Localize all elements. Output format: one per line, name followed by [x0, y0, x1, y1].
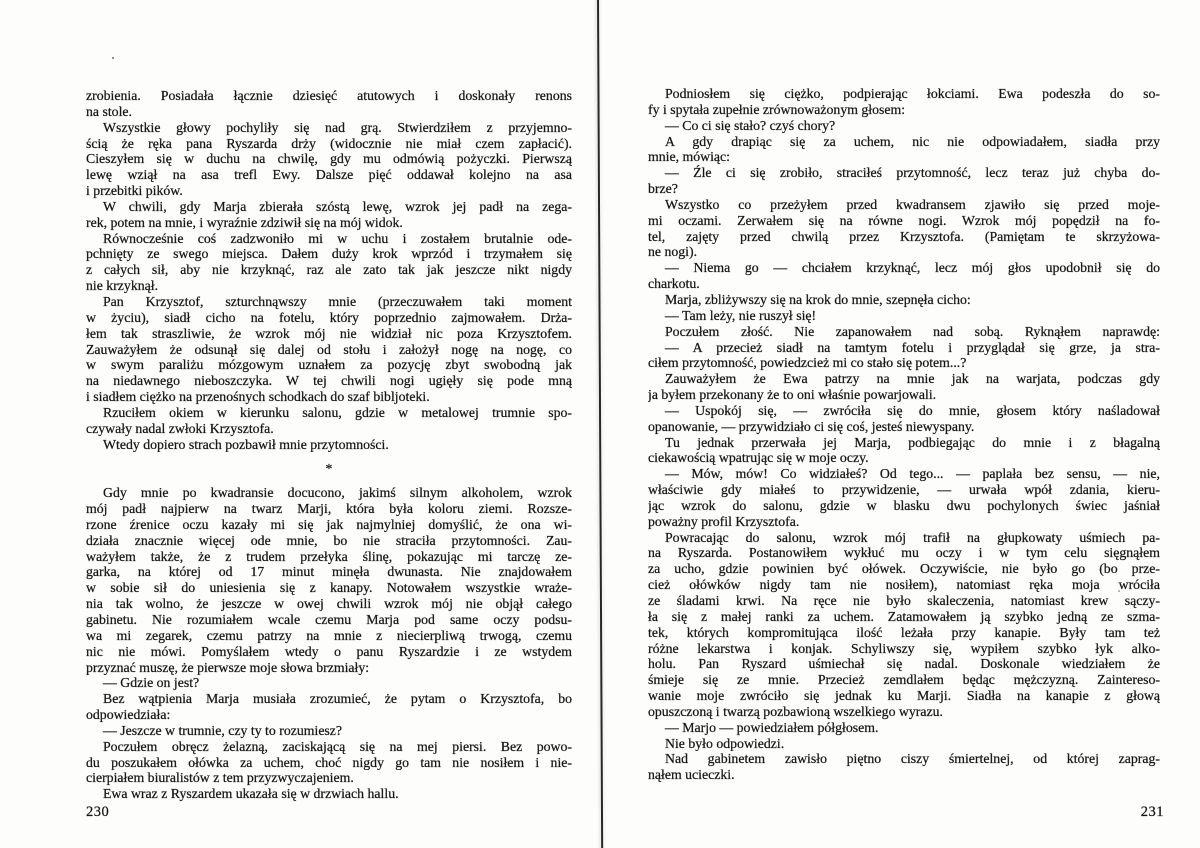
- text-line: jąc wzrok do salonu, gdzie w blasku dwu …: [648, 498, 1160, 514]
- text-line: Powracając do salonu, wzrok mój trafił n…: [648, 530, 1160, 546]
- text-line: A gdy drapiąc się za uchem, nic nie odpo…: [648, 134, 1160, 150]
- text-line: Cieszyłem się w duchu na chwilę, gdy mu …: [86, 151, 572, 167]
- text-line: cież ołówków nigdy tam nie nosiłem), nat…: [648, 577, 1160, 593]
- text-line: Poczułem obręcz żelazną, zaciskającą się…: [86, 739, 572, 755]
- text-line: i przebitki pików.: [86, 183, 572, 199]
- text-line: Gdy mnie po kwadransie docucono, jakimś …: [86, 485, 572, 501]
- text-line: tel, zajęty przed chwilą przez Krzysztof…: [648, 229, 1160, 245]
- text-line: zrobienia. Posiadała łącznie dziesięć at…: [86, 88, 572, 104]
- text-line: Marja, zbliżywszy się na krok do mnie, s…: [648, 292, 1160, 308]
- text-line: opanowanie, — przywidziało ci się coś, j…: [648, 419, 1160, 435]
- text-line: w życiu), siadł cicho na fotelu, który p…: [86, 310, 572, 326]
- text-line: w sobie sił do uniesienia się z kanapy. …: [86, 580, 572, 596]
- text-line: na Ryszarda. Postanowiłem wykłuć mu oczy…: [648, 545, 1160, 561]
- text-line: na stole.: [86, 104, 572, 120]
- text-line: — Źle ci się zrobiło, straciłeś przytomn…: [648, 165, 1160, 181]
- text-line: tek, których kompromitująca ilość leżała…: [648, 625, 1160, 641]
- text-line: nia tak wolno, że jeszcze w owej chwili …: [86, 596, 572, 612]
- scan-speck: [112, 57, 114, 59]
- text-line: Wszystkie głowy pochyliły się nad grą. S…: [86, 120, 572, 136]
- text-line: ścią że ręka pana Ryszarda drży (widoczn…: [86, 136, 572, 152]
- text-line: ła się z małej ranki za uchem. Zatamował…: [648, 609, 1160, 625]
- text-line: Zauważyłem że Ewa patrzy na mnie jak na …: [648, 371, 1160, 387]
- text-line: brze?: [648, 181, 1160, 197]
- text-line: przyznać muszę, że pierwsze moje słowa b…: [86, 660, 572, 676]
- text-line: gabinetu. Nie rozumiałem wcale czemu Mar…: [86, 612, 572, 628]
- text-line: łem tak straszliwie, że wzrok mój nie wi…: [86, 326, 572, 342]
- text-line: mnie, mówiąc:: [648, 149, 1160, 165]
- text-line: ze śladami krwi. Na ręce nie było skalec…: [648, 593, 1160, 609]
- line-gap: [86, 452, 572, 461]
- text-line: za ucho, gdzie powinien być ołówek. Oczy…: [648, 561, 1160, 577]
- text-line: wanie moje zwróciło się jednak ku Marji.…: [648, 688, 1160, 704]
- section-separator: *: [86, 461, 572, 477]
- text-line: garka, na której od 17 minut minęła dwun…: [86, 564, 572, 580]
- text-line: czywały nadal zwłoki Krzysztofa.: [86, 421, 572, 437]
- book-scan-spread: zrobienia. Posiadała łącznie dziesięć at…: [0, 0, 1200, 848]
- text-line: charkotu.: [648, 276, 1160, 292]
- text-line: Pan Krzysztof, szturchnąwszy mnie (przec…: [86, 294, 572, 310]
- text-line: holu. Pan Ryszard uśmiechał się nadal. D…: [648, 656, 1160, 672]
- text-line: na niedawnego nieboszczyka. W tej chwili…: [86, 373, 572, 389]
- text-line: — Mów, mów! Co widziałeś? Od tego... — p…: [648, 466, 1160, 482]
- text-line: ciłem przytomność, powiedzcież mi co sta…: [648, 355, 1160, 371]
- text-line: w swym paraliżu mózgowym uznałem za pozy…: [86, 357, 572, 373]
- text-line: rek, potem na mnie, i wyraźnie zdziwił s…: [86, 215, 572, 231]
- text-line: poważny profil Krzysztofa.: [648, 514, 1160, 530]
- text-line: Rzuciłem okiem w kierunku salonu, gdzie …: [86, 405, 572, 421]
- right-page-number: 231: [1124, 804, 1164, 821]
- text-line: — Tam leży, nie ruszył się!: [648, 308, 1160, 324]
- right-page-text-column: Podniosłem się ciężko, podpierając łokci…: [648, 86, 1160, 783]
- text-line: pchnięty ze swego miejsca. Dałem duży kr…: [86, 246, 572, 262]
- text-line: — Gdzie on jest?: [86, 675, 572, 691]
- line-gap: [86, 477, 572, 486]
- text-line: nic nie mówi. Pomyślałem wtedy o panu Ry…: [86, 644, 572, 660]
- text-line: Ewa wraz z Ryszardem ukazała się w drzwi…: [86, 786, 572, 802]
- text-line: ja byłem przekonany że to oni właśnie po…: [648, 387, 1160, 403]
- text-line: du poszukałem ołówka za uchem, choć nigd…: [86, 755, 572, 771]
- text-line: śmieje się ze mnie. Przecież zemdlałem b…: [648, 672, 1160, 688]
- text-line: Wszystko co przeżyłem przed kwadransem z…: [648, 197, 1160, 213]
- text-line: i siadłem ciężko na przenośnych schodkac…: [86, 389, 572, 405]
- text-line: mój padł najpierw na twarz Marji, która …: [86, 501, 572, 517]
- text-line: Równocześnie coś zadzwoniło mi w uchu i …: [86, 231, 572, 247]
- text-line: opuszczoną i twarzą pozbawioną wszelkieg…: [648, 704, 1160, 720]
- text-line: wa mi zegarek, czemu patrzy na mnie z ni…: [86, 628, 572, 644]
- text-line: — Marjo — powiedziałem półgłosem.: [648, 720, 1160, 736]
- text-line: ne nogi).: [648, 244, 1160, 260]
- text-line: Nie było odpowiedzi.: [648, 736, 1160, 752]
- text-line: fy i spytała zupełnie zrównoważonym głos…: [648, 102, 1160, 118]
- text-line: cierpiałem biuralistów z tem przyzwyczaj…: [86, 770, 572, 786]
- left-page-text-column: zrobienia. Posiadała łącznie dziesięć at…: [86, 88, 572, 802]
- text-line: — Niema go — chciałem krzyknąć, lecz mój…: [648, 260, 1160, 276]
- text-line: mi oczami. Zerwałem się na równe nogi. W…: [648, 213, 1160, 229]
- text-line: właściwie gdy miałeś to przywidzenie, — …: [648, 482, 1160, 498]
- text-line: — A przecież siadł na tamtym fotelu i pr…: [648, 340, 1160, 356]
- text-line: działa znacznie więcej ode mnie, bo nie …: [86, 533, 572, 549]
- text-line: lewę wziął na asa trefl Ewy. Dalsze pięć…: [86, 167, 572, 183]
- text-line: różne lekarstwa i konjak. Schyliwszy się…: [648, 641, 1160, 657]
- page-gutter-line: [597, 0, 603, 848]
- text-line: W chwili, gdy Marja zbierała szóstą lewę…: [86, 199, 572, 215]
- text-line: odpowiedziała:: [86, 707, 572, 723]
- text-line: nie krzyknął.: [86, 278, 572, 294]
- text-line: — Jeszcze w trumnie, czy ty to rozumiesz…: [86, 723, 572, 739]
- text-line: Bez wątpienia Marja musiała zrozumieć, ż…: [86, 691, 572, 707]
- text-line: — Uspokój się, — zwróciła się do mnie, g…: [648, 403, 1160, 419]
- text-line: Zauważyłem że odsunął się dalej od stołu…: [86, 342, 572, 358]
- text-line: nąłem ucieczki.: [648, 767, 1160, 783]
- scan-speck: [1118, 590, 1120, 592]
- text-line: ciekawością wpatrując się w moje oczy.: [648, 450, 1160, 466]
- text-line: Poczułem złość. Nie zapanowałem nad sobą…: [648, 324, 1160, 340]
- text-line: Tu jednak przerwała jej Marja, podbiegaj…: [648, 435, 1160, 451]
- text-line: Nad gabinetem zawisło piętno ciszy śmier…: [648, 751, 1160, 767]
- text-line: rzone źrenice oczu kazały mi się jak naj…: [86, 517, 572, 533]
- text-line: — Co ci się stało? czyś chory?: [648, 118, 1160, 134]
- text-line: Wtedy dopiero strach pozbawił mnie przyt…: [86, 437, 572, 453]
- text-line: z całych sił, aby nie krzyknąć, raz ale …: [86, 262, 572, 278]
- left-page-number: 230: [86, 804, 109, 821]
- text-line: Podniosłem się ciężko, podpierając łokci…: [648, 86, 1160, 102]
- text-line: ważyłem także, że z trudem przełyka ślin…: [86, 549, 572, 565]
